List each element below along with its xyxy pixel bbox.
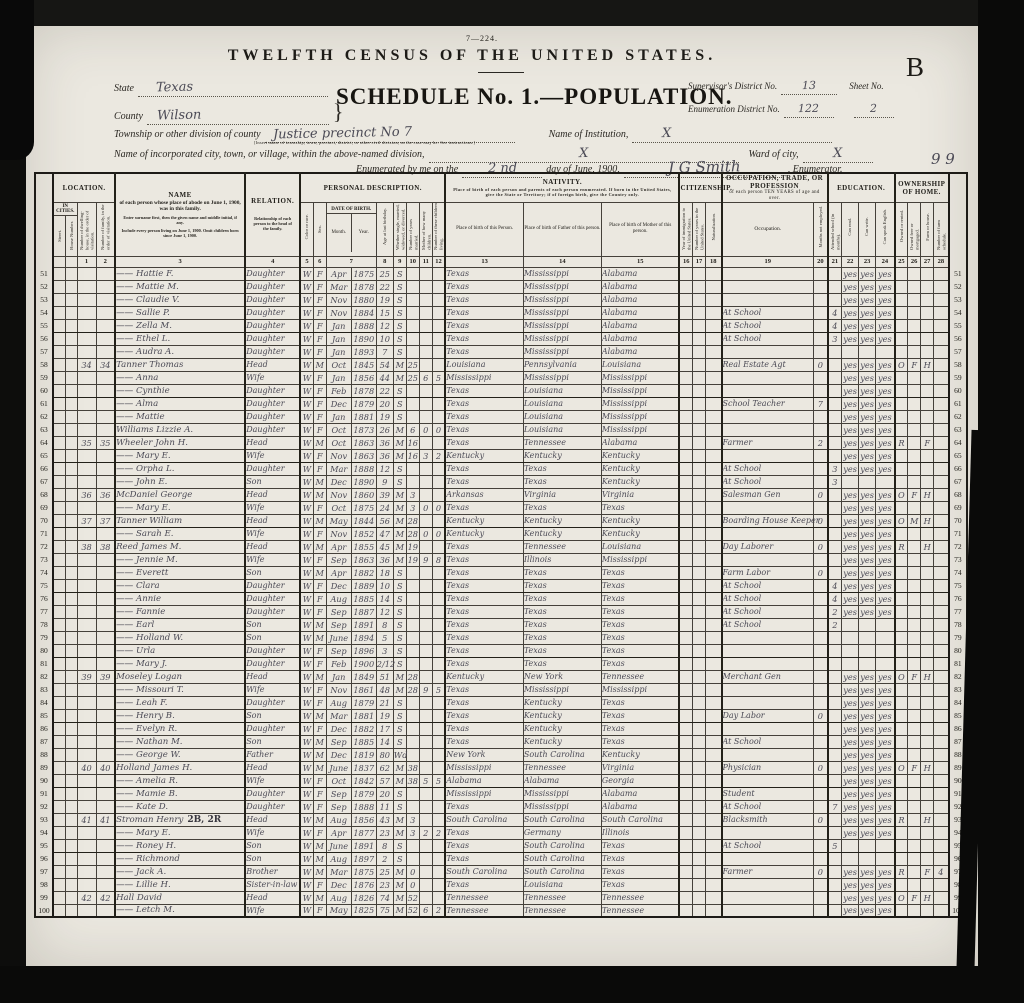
cell-farm-schedule [934,696,949,709]
line-number-right: 68 [949,488,967,501]
cell-name: McDaniel George [115,488,245,501]
cell-years-married: 16 [406,436,419,449]
person-row: 98 —— Lillie H. Sister-in-law W F Dec 18… [35,878,967,891]
cell-years-in-us [692,709,705,722]
line-number-right: 61 [949,397,967,410]
cell-house-number [65,748,77,761]
cell-can-speak-english: yes [876,761,895,774]
cell-house-number [65,839,77,852]
cell-naturalization [705,345,721,358]
cell-attended-school [828,345,842,358]
cell-dwelling-number [77,592,96,605]
cell-can-speak-english: yes [876,280,895,293]
cell-birth-year: 1849 [351,670,376,683]
cell-mother-of-children [419,306,432,319]
line-number-right: 52 [949,280,967,293]
pob-mother-header: Place of birth of Mother of this person. [601,202,679,256]
cell-can-speak-english: yes [876,488,895,501]
cell-father-birthplace: Texas [523,631,601,644]
cell-birth-month: Oct [326,423,351,436]
cell-can-read: yes [842,280,859,293]
cell-name: —— Mattie M. [115,280,245,293]
cell-farm-house [921,878,934,891]
cell-name: Tanner William [115,514,245,527]
cell-birthplace: Texas [445,540,523,553]
cell-occupation [722,267,814,280]
cell-children-living [432,462,445,475]
cell-birth-year: 1890 [351,332,376,345]
cell-can-speak-english: yes [876,826,895,839]
cell-birth-year: 1844 [351,514,376,527]
cell-farm-schedule [934,397,949,410]
cell-birth-month: Dec [326,878,351,891]
cell-age: 36 [376,553,393,566]
person-row: 52 —— Mattie M. Daughter W F Mar 1878 22… [35,280,967,293]
cell-street [53,579,65,592]
mother-of-header: Mother of how many children. [419,202,432,256]
cell-family-number [96,410,115,423]
cell-house-number [65,631,77,644]
cell-family-number [96,826,115,839]
cell-family-number [96,527,115,540]
cell-months-not-employed: 0 [814,709,828,722]
cell-can-read: yes [842,540,859,553]
cell-dwelling-number [77,345,96,358]
cell-family-number [96,319,115,332]
cell-birthplace: Texas [445,332,523,345]
cell-father-birthplace: Texas [523,618,601,631]
cell-farm-house: H [921,670,934,683]
cell-farm-schedule [934,631,949,644]
cell-relation: Daughter [245,319,300,332]
cell-occupation: At School [722,618,814,631]
cell-street [53,592,65,605]
cell-children-living [432,839,445,852]
cell-can-speak-english: yes [876,267,895,280]
cell-name: —— Sarah E. [115,527,245,540]
cell-mother-birthplace: Kentucky [601,527,679,540]
cell-dwelling-number [77,566,96,579]
cell-marital-status: S [393,735,406,748]
cell-street [53,527,65,540]
cell-birth-year: 1894 [351,631,376,644]
line-number-left: 63 [35,423,53,436]
cell-can-speak-english: yes [876,683,895,696]
cell-years-in-us [692,527,705,540]
cell-naturalization [705,267,721,280]
cell-farm-schedule [934,358,949,371]
cell-age: 8 [376,618,393,631]
cell-immigration-year [679,657,692,670]
cell-house-number [65,540,77,553]
occupation-section-header: OCCUPATION, TRADE, OR PROFESSION of each… [722,173,828,202]
cell-years-married [406,280,419,293]
cell-farm-house [921,384,934,397]
cell-attended-school [828,865,842,878]
cell-can-write: yes [859,488,876,501]
cell-family-number: 34 [96,358,115,371]
cell-father-birthplace: Mississippi [523,293,601,306]
cell-age: 17 [376,722,393,735]
cell-naturalization [705,683,721,696]
cell-immigration-year [679,839,692,852]
cell-can-write: yes [859,423,876,436]
cell-mother-birthplace: Texas [601,709,679,722]
cell-family-number [96,501,115,514]
line-number-left: 95 [35,839,53,852]
cell-years-in-us [692,475,705,488]
cell-children-living [432,436,445,449]
cell-years-in-us [692,735,705,748]
cell-birth-year: 1825 [351,904,376,917]
line-number-left: 72 [35,540,53,553]
cell-street [53,826,65,839]
in-cities-header: IN CITIES. Street. House Number. [53,202,77,256]
cell-age: 36 [376,449,393,462]
cell-sex: F [313,423,326,436]
cell-immigration-year [679,566,692,579]
cell-attended-school [828,826,842,839]
cell-years-in-us [692,566,705,579]
cell-marital-status: S [393,293,406,306]
cell-immigration-year [679,540,692,553]
cell-birthplace: Texas [445,605,523,618]
cell-attended-school [828,267,842,280]
cell-years-married [406,397,419,410]
cell-house-number [65,722,77,735]
cell-years-in-us [692,267,705,280]
cell-farm-schedule [934,670,949,683]
cell-family-number [96,878,115,891]
cell-months-not-employed [814,748,828,761]
cell-birthplace: Kentucky [445,527,523,540]
cell-farm-house [921,631,934,644]
cell-relation: Wife [245,527,300,540]
cell-family-number: 40 [96,761,115,774]
cell-can-speak-english: yes [876,319,895,332]
cell-owned-free [908,410,921,423]
cell-farm-schedule [934,787,949,800]
cell-years-married [406,306,419,319]
cell-father-birthplace: Germany [523,826,601,839]
marital-header: Whether single, married, widowed, or div… [393,202,406,256]
cell-birth-year: 1880 [351,293,376,306]
township-label: Township or other division of county [114,129,261,140]
cell-father-birthplace: Texas [523,605,601,618]
age-header: Age at last birthday. [376,202,393,256]
cell-birth-month: Jan [326,319,351,332]
cell-owned-rented: R [895,813,908,826]
line-number-right: 62 [949,410,967,423]
cell-birthplace: Tennessee [445,904,523,917]
cell-marital-status: M [393,878,406,891]
cell-naturalization [705,709,721,722]
cell-years-married [406,579,419,592]
cell-age: 21 [376,696,393,709]
cell-months-not-employed [814,891,828,904]
cell-years-in-us [692,501,705,514]
cell-owned-free: F [908,670,921,683]
cell-owned-free [908,904,921,917]
cell-naturalization [705,488,721,501]
cell-age: 39 [376,488,393,501]
cell-house-number [65,670,77,683]
cell-immigration-year [679,644,692,657]
line-number-right: 65 [949,449,967,462]
cell-naturalization [705,306,721,319]
cell-months-not-employed: 0 [814,813,828,826]
cell-farm-house: H [921,813,934,826]
cell-color: W [300,462,313,475]
cell-dwelling-number [77,449,96,462]
cell-sex: M [313,852,326,865]
cell-street [53,800,65,813]
relation-column-header: RELATION. Relationship of each person to… [245,173,300,256]
cell-owned-rented [895,878,908,891]
cell-family-number [96,566,115,579]
line-number-left: 76 [35,592,53,605]
cell-age: 23 [376,826,393,839]
cell-marital-status: M [393,488,406,501]
cell-immigration-year [679,800,692,813]
cell-can-write: yes [859,267,876,280]
cell-owned-free [908,605,921,618]
cell-years-in-us [692,449,705,462]
cell-years-in-us [692,605,705,618]
cell-father-birthplace: Mississippi [523,267,601,280]
cell-years-married [406,592,419,605]
cell-family-number: 35 [96,436,115,449]
cell-months-not-employed [814,319,828,332]
line-number-left: 100 [35,904,53,917]
cell-mother-birthplace: Illinois [601,826,679,839]
person-row: 60 —— Cynthie Daughter W F Feb 1878 22 S… [35,384,967,397]
cell-occupation [722,423,814,436]
cell-street [53,722,65,735]
cell-can-speak-english: yes [876,371,895,384]
cell-birthplace: Texas [445,423,523,436]
cell-months-not-employed: 0 [814,540,828,553]
cell-father-birthplace: Louisiana [523,423,601,436]
cell-birth-year: 1885 [351,735,376,748]
cell-mother-of-children [419,514,432,527]
cell-color: W [300,280,313,293]
cell-years-married [406,410,419,423]
cell-house-number [65,735,77,748]
cell-owned-rented [895,566,908,579]
line-number-left: 54 [35,306,53,319]
cell-can-write [859,644,876,657]
cell-mother-of-children [419,813,432,826]
cell-months-not-employed [814,293,828,306]
cell-farm-house [921,553,934,566]
cell-street [53,462,65,475]
cell-owned-rented: R [895,865,908,878]
cell-street [53,319,65,332]
cell-relation: Father [245,748,300,761]
cell-birthplace: Texas [445,553,523,566]
cell-can-write: yes [859,371,876,384]
cell-naturalization [705,722,721,735]
cell-color: W [300,566,313,579]
cell-immigration-year [679,852,692,865]
table-body: 51 —— Hattie F. Daughter W F Apr 1875 25… [35,267,967,917]
line-number-right: 72 [949,540,967,553]
cell-months-not-employed: 0 [814,566,828,579]
cell-mother-of-children [419,540,432,553]
cell-color: W [300,852,313,865]
cell-mother-birthplace: Mississippi [601,553,679,566]
cell-birthplace: Texas [445,306,523,319]
cell-father-birthplace: Mississippi [523,280,601,293]
cell-mother-birthplace: Texas [601,566,679,579]
cell-children-living [432,410,445,423]
cell-house-number [65,488,77,501]
cell-owned-rented [895,410,908,423]
cell-name: Stroman Henry2B, 2R [115,813,245,826]
cell-attended-school: 4 [828,306,842,319]
cell-months-not-employed [814,631,828,644]
cell-mother-of-children [419,878,432,891]
cell-father-birthplace: Illinois [523,553,601,566]
cell-farm-house [921,579,934,592]
cell-years-married [406,839,419,852]
cell-farm-house [921,709,934,722]
cell-years-married [406,293,419,306]
cell-house-number [65,436,77,449]
cell-family-number [96,345,115,358]
cell-name: —— Leah F. [115,696,245,709]
cell-can-read: yes [842,384,859,397]
years-in-us-header: Number of years in the United States. [692,202,705,256]
cell-birthplace: New York [445,748,523,761]
cell-occupation: School Teacher [722,397,814,410]
cell-age: 9 [376,475,393,488]
cell-owned-free [908,826,921,839]
cell-birthplace: Tennessee [445,891,523,904]
cell-can-write: yes [859,735,876,748]
line-number-left: 68 [35,488,53,501]
cell-immigration-year [679,787,692,800]
cell-birth-month: Mar [326,280,351,293]
cell-occupation: Salesman Gen [722,488,814,501]
line-number-right: 57 [949,345,967,358]
cell-farm-schedule [934,436,949,449]
cell-marital-status: M [393,514,406,527]
cell-can-read: yes [842,592,859,605]
cell-house-number [65,527,77,540]
cell-family-number: 37 [96,514,115,527]
cell-name: —— Evelyn R. [115,722,245,735]
cell-can-write: yes [859,462,876,475]
cell-father-birthplace: South Carolina [523,813,601,826]
institution-label: Name of Institution, [519,129,629,140]
cell-color: W [300,332,313,345]
cell-house-number [65,449,77,462]
cell-naturalization [705,852,721,865]
cell-farm-house [921,527,934,540]
cell-marital-status: M [393,761,406,774]
cell-occupation: Merchant Gen [722,670,814,683]
cell-owned-free [908,475,921,488]
census-title: TWELFTH CENSUS OF THE UNITED STATES. [26,47,918,65]
cell-mother-birthplace: Alabama [601,436,679,449]
cell-can-speak-english: yes [876,501,895,514]
line-number-right: 73 [949,553,967,566]
cell-can-read: yes [842,787,859,800]
cell-house-number [65,293,77,306]
cell-street [53,410,65,423]
cell-relation: Son [245,709,300,722]
cell-months-not-employed [814,839,828,852]
person-row: 62 —— Mattie Daughter W F Jan 1881 19 S … [35,410,967,423]
cell-mother-birthplace: Texas [601,657,679,670]
cell-children-living [432,813,445,826]
cell-naturalization [705,631,721,644]
cell-house-number [65,332,77,345]
cell-mother-of-children [419,865,432,878]
cell-father-birthplace: Virginia [523,488,601,501]
cell-can-speak-english: yes [876,787,895,800]
cell-father-birthplace: Alabama [523,774,601,787]
cell-dwelling-number [77,384,96,397]
cell-attended-school [828,527,842,540]
cell-name: —— Mary E. [115,501,245,514]
cell-can-speak-english [876,852,895,865]
cell-sex: M [313,748,326,761]
line-number-right: 59 [949,371,967,384]
cell-sex: F [313,410,326,423]
cell-mother-birthplace: Alabama [601,787,679,800]
cell-sex: F [313,501,326,514]
cell-occupation: At School [722,735,814,748]
cell-owned-free [908,319,921,332]
cell-birth-year: 1893 [351,345,376,358]
cell-father-birthplace: Mississippi [523,345,601,358]
cell-owned-rented [895,371,908,384]
cell-can-write: yes [859,761,876,774]
cell-naturalization [705,293,721,306]
cell-owned-rented [895,475,908,488]
cell-naturalization [705,553,721,566]
cell-house-number [65,657,77,670]
cell-farm-house [921,592,934,605]
line-number-left: 62 [35,410,53,423]
cell-naturalization [705,748,721,761]
cell-attended-school [828,683,842,696]
cell-street [53,670,65,683]
cell-children-living [432,865,445,878]
cell-birth-month: Aug [326,852,351,865]
cell-immigration-year [679,410,692,423]
cell-naturalization [705,761,721,774]
cell-immigration-year [679,605,692,618]
cell-children-living [432,748,445,761]
cell-marital-status: S [393,475,406,488]
color-header: Color or race. [300,202,313,256]
cell-mother-of-children [419,566,432,579]
cell-immigration-year [679,579,692,592]
line-number-right: 56 [949,332,967,345]
cell-dwelling-number [77,709,96,722]
cell-years-in-us [692,280,705,293]
cell-mother-birthplace: Texas [601,644,679,657]
cell-relation: Son [245,475,300,488]
cell-attended-school [828,657,842,670]
cell-owned-rented [895,839,908,852]
cell-naturalization [705,449,721,462]
line-number-left: 56 [35,332,53,345]
